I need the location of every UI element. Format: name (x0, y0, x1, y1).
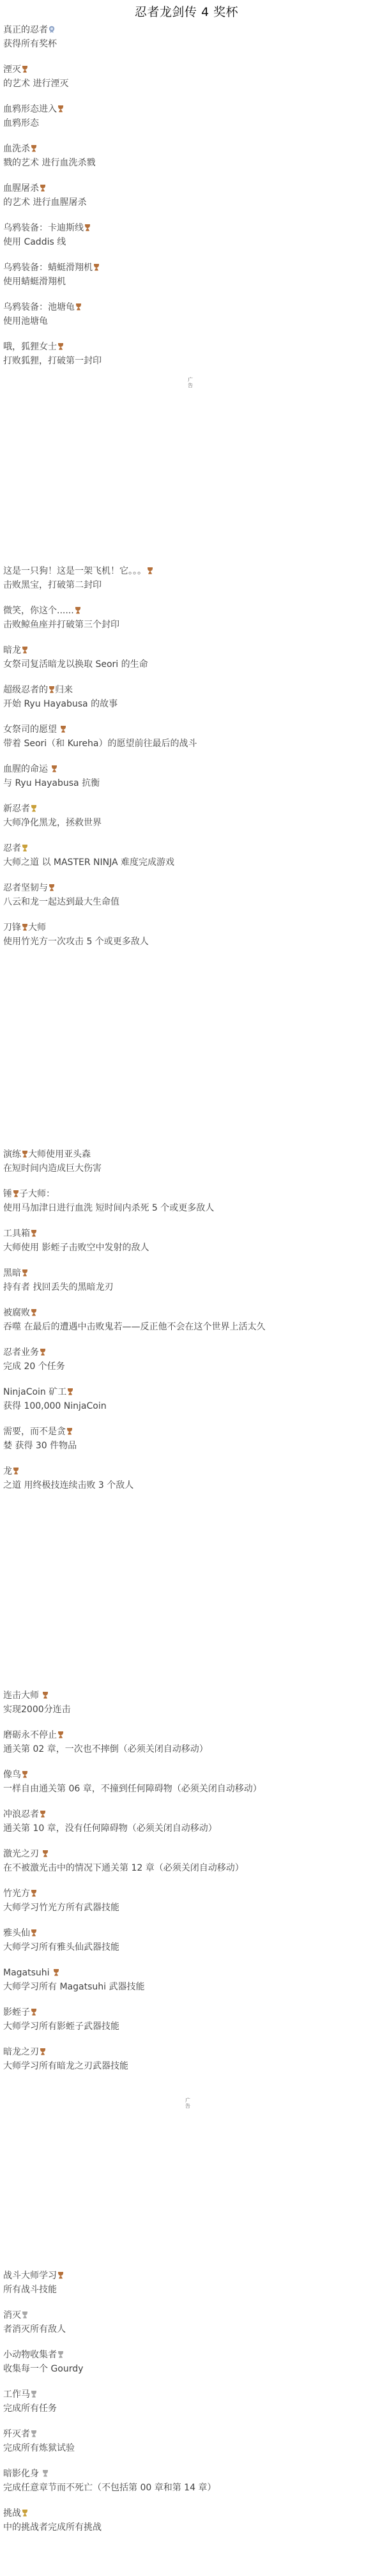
trophy-title: 挑战 (3, 2506, 367, 2520)
trophy-description: 完成 20 个任务 (3, 1360, 367, 1374)
trophy-title: 龙 (3, 1464, 367, 1478)
trophy-title: 真正的忍者 (3, 23, 367, 37)
trophy-description: 者消灭所有敌人 (3, 2322, 367, 2336)
trophy-description: 婪 获得 30 件物品 (3, 1439, 367, 1453)
trophy-entry: 微笑，你这个......击败鲸鱼座并打破第三个封印 (3, 604, 367, 632)
trophy-title-text: 像鸟 (3, 1770, 21, 1780)
trophy-title: 消灭 (3, 2308, 367, 2322)
trophy-title: NinjaCoin 矿工 (3, 1385, 367, 1399)
trophy-entry: 工具箱大师使用 影蛭子击败空中发射的敌人 (3, 1227, 367, 1255)
trophy-title: 这是一只狗！这是一架飞机！它。。。 (3, 564, 367, 578)
trophy-title: 激光之刃 (3, 1847, 367, 1861)
trophy-description: 大师学习所有影蛭子武器技能 (3, 2020, 367, 2034)
trophy-description: 击败鲸鱼座并打破第三个封印 (3, 618, 367, 632)
trophy-title: 湮灭 (3, 63, 367, 77)
trophy-title: 暗影化身 (3, 2467, 367, 2481)
trophy-title: 血鸦形态进入 (3, 102, 367, 116)
trophy-entry: 忍者大师之道 以 MASTER NINJA 难度完成游戏 (3, 841, 367, 870)
trophy-title: 被腐败 (3, 1306, 367, 1320)
silver-trophy-icon (31, 2390, 37, 2398)
trophy-title-text: 连击大师 (3, 1690, 42, 1701)
trophy-title: 小动物收集者 (3, 2348, 367, 2362)
bronze-trophy-icon (75, 303, 82, 310)
bronze-trophy-icon (75, 606, 81, 614)
trophy-entry: 雅头仙大师学习所有雅头仙武器技能 (3, 1926, 367, 1954)
trophy-title: 忍者业务 (3, 1345, 367, 1360)
trophy-description: 大师学习竹光方所有武器技能 (3, 1901, 367, 1915)
trophy-entry: 乌鸦装备：卡迪斯线使用 Caddis 线 (3, 221, 367, 249)
trophy-title: 微笑，你这个...... (3, 604, 367, 618)
trophy-entry: 血鸦形态进入血鸦形态 (3, 102, 367, 130)
trophy-title-text: 暗龙 (3, 645, 21, 655)
trophy-title: 忍者坚韧与 (3, 881, 367, 895)
trophy-description: 的艺术 进行血腥屠杀 (3, 195, 367, 210)
trophy-entry: 女祭司的愿望 带着 Seori（和 Kureha）的愿望前往最后的战斗 (3, 723, 367, 751)
trophy-title-text: 小动物收集者 (3, 2350, 57, 2360)
trophy-title: 乌鸦装备：卡迪斯线 (3, 221, 367, 235)
trophy-description: 所有战斗技能 (3, 2283, 367, 2297)
trophy-title-text: 微笑，你这个...... (3, 606, 74, 616)
trophy-description: 大师学习所有 Magatsuhi 武器技能 (3, 1980, 367, 1994)
trophy-description: 与 Ryu Hayabusa 抗衡 (3, 776, 367, 790)
bronze-trophy-icon (40, 1348, 46, 1356)
trophy-title-text: 竹光方 (3, 1889, 30, 1899)
trophy-description: 八云和龙一起达到最大生命值 (3, 895, 367, 909)
trophy-entry: 歼灭者完成所有炼狱试验 (3, 2427, 367, 2455)
trophy-title-text: 乌鸦装备：蜻蜓滑翔机 (3, 263, 93, 273)
trophy-entry: 真正的忍者获得所有奖杯 (3, 23, 367, 51)
bronze-trophy-icon (31, 2008, 37, 2016)
trophy-title-text: NinjaCoin 矿工 (3, 1387, 66, 1397)
trophy-entry: 竹光方大师学习竹光方所有武器技能 (3, 1887, 367, 1915)
trophy-entry: 演练大师使用亚头森在短时间内造成巨大伤害 (3, 1147, 367, 1176)
trophy-entry: 被腐败吞噬 在最后的遭遇中击败鬼若——反正他不会在这个世界上活太久 (3, 1306, 367, 1334)
trophy-title: 超级忍者的归来 (3, 683, 367, 697)
page-title: 忍者龙剑传 4 奖杯 (0, 3, 373, 20)
bronze-trophy-icon (42, 1691, 49, 1699)
bronze-trophy-icon (31, 144, 37, 152)
trophy-description: 一样自由通关第 06 章，不撞到任何障碍物（必须关闭自动移动） (3, 1782, 367, 1796)
trophy-title: 乌鸦装备：池塘龟 (3, 300, 367, 314)
trophy-title-text: 需要，而不是贪 (3, 1427, 66, 1437)
bronze-trophy-icon (22, 646, 28, 654)
trophy-title: 新忍者 (3, 802, 367, 816)
trophy-title-text: 女祭司的愿望 (3, 724, 59, 735)
trophy-title-suffix: 大师使用亚头森 (28, 1149, 91, 1160)
trophy-title: 需要，而不是贪 (3, 1425, 367, 1439)
trophy-entry: 像鸟一样自由通关第 06 章，不撞到任何障碍物（必须关闭自动移动） (3, 1768, 367, 1796)
trophy-title: 影蛭子 (3, 2005, 367, 2020)
trophy-entry: 血腥的命运 与 Ryu Hayabusa 抗衡 (3, 762, 367, 790)
trophy-title: 乌鸦装备：蜻蜓滑翔机 (3, 261, 367, 275)
gold-trophy-icon (22, 2509, 28, 2517)
bronze-trophy-icon (57, 342, 64, 350)
trophy-title-text: 激光之刃 (3, 1849, 42, 1859)
trophy-description: 带着 Seori（和 Kureha）的愿望前往最后的战斗 (3, 737, 367, 751)
trophy-title: 工作马 (3, 2388, 367, 2402)
trophy-title-text: 血鸦形态进入 (3, 104, 57, 114)
trophy-title-text: 影蛭子 (3, 2007, 30, 2018)
trophy-title-text: 工作马 (3, 2389, 30, 2400)
trophy-title: 黑暗 (3, 1266, 367, 1280)
trophy-description: 收集每一个 Gourdy (3, 2362, 367, 2376)
bronze-trophy-icon (57, 2271, 64, 2279)
trophy-title-suffix: 大师 (28, 923, 46, 933)
trophy-entry: 战斗大师学习所有战斗技能 (3, 2269, 367, 2297)
trophy-title-text: 刀锋 (3, 923, 21, 933)
trophy-description: 的艺术 进行湮灭 (3, 77, 367, 91)
bronze-trophy-icon (31, 1889, 37, 1897)
trophy-entry: 新忍者大师净化黑龙，拯救世界 (3, 802, 367, 830)
trophy-title-suffix: 归来 (55, 685, 73, 695)
platinum-trophy-icon (49, 26, 55, 33)
trophy-entry: 暗影化身 完成任意章节而不死亡（不包括第 00 章和第 14 章） (3, 2467, 367, 2495)
trophy-title-text: 血腥的命运 (3, 764, 50, 774)
trophy-title: 冲浪忍者 (3, 1807, 367, 1821)
trophy-description: 获得 100,000 NinjaCoin (3, 1399, 367, 1413)
trophy-description: 通关第 02 章，一次也不摔倒（必须关闭自动移动） (3, 1742, 367, 1756)
trophy-entry: 忍者业务完成 20 个任务 (3, 1345, 367, 1374)
trophy-title-text: 工具箱 (3, 1229, 30, 1239)
trophy-entry: 锤子大师：使用马加津日进行血洗 短时间内杀死 5 个或更多敌人 (3, 1187, 367, 1215)
bronze-trophy-icon (49, 884, 55, 891)
trophy-title: 连击大师 (3, 1689, 367, 1703)
ad-label[interactable]: 广告 (185, 2097, 191, 2109)
trophy-entry: 乌鸦装备：池塘龟使用池塘龟 (3, 300, 367, 328)
trophy-title: 战斗大师学习 (3, 2269, 367, 2283)
trophy-title-text: 雅头仙 (3, 1928, 30, 1938)
trophy-entry: 哦，狐狸女士打败狐狸，打破第一封印 (3, 340, 367, 368)
trophy-description: 使用池塘龟 (3, 314, 367, 328)
trophy-description: 使用 Caddis 线 (3, 235, 367, 249)
bronze-trophy-icon (84, 224, 91, 231)
trophy-description: 通关第 10 章，没有任何障碍物（必须关闭自动移动） (3, 1821, 367, 1836)
trophy-title: 锤子大师： (3, 1187, 367, 1201)
ad-label[interactable]: 广告 (187, 377, 194, 388)
trophy-title-text: 挑战 (3, 2508, 21, 2518)
trophy-title: 暗龙之刃 (3, 2045, 367, 2059)
trophy-entry: 冲浪忍者通关第 10 章，没有任何障碍物（必须关闭自动移动） (3, 1807, 367, 1836)
trophy-title: 像鸟 (3, 1768, 367, 1782)
silver-trophy-icon (31, 2430, 37, 2437)
trophy-entry: 忍者坚韧与八云和龙一起达到最大生命值 (3, 881, 367, 909)
bronze-trophy-icon (147, 567, 153, 574)
bronze-trophy-icon (40, 2048, 46, 2055)
trophy-title-text: 冲浪忍者 (3, 1809, 39, 1820)
trophy-title-text: 哦，狐狸女士 (3, 342, 57, 352)
bronze-trophy-icon (22, 923, 28, 931)
trophy-description: 戮的艺术 进行血洗杀戮 (3, 156, 367, 170)
trophy-title-text: Magatsuhi (3, 1968, 52, 1978)
trophy-entry: 磨砺永不停止通关第 02 章，一次也不摔倒（必须关闭自动移动） (3, 1728, 367, 1756)
trophy-entry: 黑暗持有者 找回丢失的黑暗龙刃 (3, 1266, 367, 1294)
trophy-title: 雅头仙 (3, 1926, 367, 1940)
trophy-title-text: 暗龙之刃 (3, 2047, 39, 2057)
trophy-title-text: 暗影化身 (3, 2469, 42, 2479)
trophy-title-text: 新忍者 (3, 804, 30, 814)
trophy-title-text: 歼灭者 (3, 2429, 30, 2439)
bronze-trophy-icon (22, 1770, 28, 1778)
bronze-trophy-icon (93, 263, 100, 271)
bronze-trophy-icon (40, 1810, 46, 1818)
trophy-description: 在短时间内造成巨大伤害 (3, 1161, 367, 1176)
trophy-title-text: 演练 (3, 1149, 21, 1160)
trophy-title: 血洗杀 (3, 142, 367, 156)
trophy-title: 演练大师使用亚头森 (3, 1147, 367, 1161)
trophy-title: 刀锋大师 (3, 921, 367, 935)
trophy-title: 竹光方 (3, 1887, 367, 1901)
trophy-description: 大师学习所有暗龙之刃武器技能 (3, 2059, 367, 2073)
trophy-title-text: 湮灭 (3, 65, 21, 75)
trophy-title-text: 龙 (3, 1466, 12, 1476)
bronze-trophy-icon (22, 65, 28, 73)
trophy-entry: 连击大师 实现2000分连击 (3, 1689, 367, 1717)
trophy-entry: 湮灭的艺术 进行湮灭 (3, 63, 367, 91)
bronze-trophy-icon (13, 1190, 19, 1197)
gold-trophy-icon (31, 804, 37, 812)
trophy-title-text: 被腐败 (3, 1308, 30, 1318)
trophy-description: 持有者 找回丢失的黑暗龙刃 (3, 1280, 367, 1294)
trophy-title: 忍者 (3, 841, 367, 855)
trophy-title: 女祭司的愿望 (3, 723, 367, 737)
bronze-trophy-icon (42, 1850, 49, 1857)
trophy-title-suffix: 子大师： (19, 1189, 55, 1199)
bronze-trophy-icon (22, 1150, 28, 1158)
trophy-entry: 需要，而不是贪婪 获得 30 件物品 (3, 1425, 367, 1453)
trophy-title: 血腥屠杀 (3, 181, 367, 195)
bronze-trophy-icon (31, 1929, 37, 1936)
trophy-description: 击败黑宝，打破第二封印 (3, 578, 367, 592)
trophy-title-text: 磨砺永不停止 (3, 1730, 57, 1740)
trophy-title: Magatsuhi (3, 1966, 367, 1980)
bronze-trophy-icon (40, 184, 46, 192)
trophy-entry: 血洗杀戮的艺术 进行血洗杀戮 (3, 142, 367, 170)
bronze-trophy-icon (57, 1731, 64, 1738)
trophy-description: 获得所有奖杯 (3, 37, 367, 51)
bronze-trophy-icon (67, 1388, 73, 1395)
trophy-description: 完成任意章节而不死亡（不包括第 00 章和第 14 章） (3, 2481, 367, 2495)
trophy-title-text: 超级忍者的 (3, 685, 48, 695)
trophy-description: 中的挑战者完成所有挑战 (3, 2520, 367, 2534)
trophy-title: 磨砺永不停止 (3, 1728, 367, 1742)
trophy-entry: 血腥屠杀的艺术 进行血腥屠杀 (3, 181, 367, 210)
trophy-description: 之道 用终极技连续击败 3 个敌人 (3, 1478, 367, 1492)
trophy-description: 完成所有炼狱试验 (3, 2441, 367, 2455)
trophy-title-text: 忍者坚韧与 (3, 883, 48, 893)
bronze-trophy-icon (53, 1968, 59, 1976)
bronze-trophy-icon (31, 1308, 37, 1316)
trophy-title: 工具箱 (3, 1227, 367, 1241)
trophy-entry: 激光之刃 在不被激光击中的情况下通关第 12 章（必须关闭自动移动） (3, 1847, 367, 1875)
trophy-description: 血鸦形态 (3, 116, 367, 130)
trophy-description: 使用马加津日进行血洗 短时间内杀死 5 个或更多敌人 (3, 1201, 367, 1215)
bronze-trophy-icon (22, 1269, 28, 1276)
trophy-title-text: 黑暗 (3, 1268, 21, 1278)
trophy-title: 血腥的命运 (3, 762, 367, 776)
trophy-description: 大师之道 以 MASTER NINJA 难度完成游戏 (3, 855, 367, 870)
silver-trophy-icon (22, 2311, 28, 2319)
trophy-description: 打败狐狸，打破第一封印 (3, 354, 367, 368)
bronze-trophy-icon (13, 1467, 19, 1475)
bronze-trophy-icon (66, 1427, 73, 1435)
trophy-description: 在不被激光击中的情况下通关第 12 章（必须关闭自动移动） (3, 1861, 367, 1875)
trophy-entry: 暗龙之刃大师学习所有暗龙之刃武器技能 (3, 2045, 367, 2073)
trophy-title: 暗龙 (3, 643, 367, 657)
silver-trophy-icon (42, 2469, 49, 2477)
trophy-description: 大师使用 影蛭子击败空中发射的敌人 (3, 1241, 367, 1255)
trophy-description: 开始 Ryu Hayabusa 的故事 (3, 697, 367, 711)
trophy-title-text: 真正的忍者 (3, 25, 48, 35)
trophy-entry: 工作马完成所有任务 (3, 2388, 367, 2416)
trophy-entry: 消灭者消灭所有敌人 (3, 2308, 367, 2336)
trophy-title: 哦，狐狸女士 (3, 340, 367, 354)
trophy-description: 使用蜻蜓滑翔机 (3, 275, 367, 289)
trophy-entry: 这是一只狗！这是一架飞机！它。。。击败黑宝，打破第二封印 (3, 564, 367, 592)
trophy-title-text: 血腥屠杀 (3, 183, 39, 194)
silver-trophy-icon (57, 2350, 64, 2358)
trophy-title-text: 乌鸦装备：卡迪斯线 (3, 223, 84, 233)
trophy-entry: NinjaCoin 矿工获得 100,000 NinjaCoin (3, 1385, 367, 1413)
bronze-trophy-icon (57, 105, 64, 112)
trophy-description: 大师学习所有雅头仙武器技能 (3, 1940, 367, 1954)
trophy-title-text: 这是一只狗！这是一架飞机！它。。。 (3, 566, 146, 576)
trophy-title-text: 忍者业务 (3, 1347, 39, 1358)
trophy-description: 女祭司复活暗龙以换取 Seori 的生命 (3, 657, 367, 671)
trophy-description: 吞噬 在最后的遭遇中击败鬼若——反正他不会在这个世界上活太久 (3, 1320, 367, 1334)
trophy-title-text: 血洗杀 (3, 144, 30, 154)
trophy-description: 完成所有任务 (3, 2402, 367, 2416)
bronze-trophy-icon (49, 686, 55, 693)
trophy-title-text: 忍者 (3, 843, 21, 854)
trophy-entry: 挑战中的挑战者完成所有挑战 (3, 2506, 367, 2534)
trophy-entry: 超级忍者的归来开始 Ryu Hayabusa 的故事 (3, 683, 367, 711)
gold-trophy-icon (22, 844, 28, 852)
trophy-entry: 龙之道 用终极技连续击败 3 个敌人 (3, 1464, 367, 1492)
trophy-entry: 影蛭子大师学习所有影蛭子武器技能 (3, 2005, 367, 2034)
trophy-entry: 暗龙女祭司复活暗龙以换取 Seori 的生命 (3, 643, 367, 671)
trophy-entry: Magatsuhi 大师学习所有 Magatsuhi 武器技能 (3, 1966, 367, 1994)
bronze-trophy-icon (51, 765, 57, 772)
trophy-title: 歼灭者 (3, 2427, 367, 2441)
trophy-title-text: 乌鸦装备：池塘龟 (3, 302, 75, 312)
bronze-trophy-icon (31, 1229, 37, 1237)
trophy-description: 大师净化黑龙，拯救世界 (3, 816, 367, 830)
trophy-description: 使用竹光方一次攻击 5 个或更多敌人 (3, 935, 367, 949)
bronze-trophy-icon (60, 725, 66, 733)
trophy-title-text: 消灭 (3, 2310, 21, 2320)
trophy-entry: 刀锋大师使用竹光方一次攻击 5 个或更多敌人 (3, 921, 367, 949)
trophy-entry: 小动物收集者收集每一个 Gourdy (3, 2348, 367, 2376)
trophy-title-text: 锤 (3, 1189, 12, 1199)
trophy-title-text: 战斗大师学习 (3, 2271, 57, 2281)
trophy-entry: 乌鸦装备：蜻蜓滑翔机使用蜻蜓滑翔机 (3, 261, 367, 289)
trophy-description: 实现2000分连击 (3, 1703, 367, 1717)
